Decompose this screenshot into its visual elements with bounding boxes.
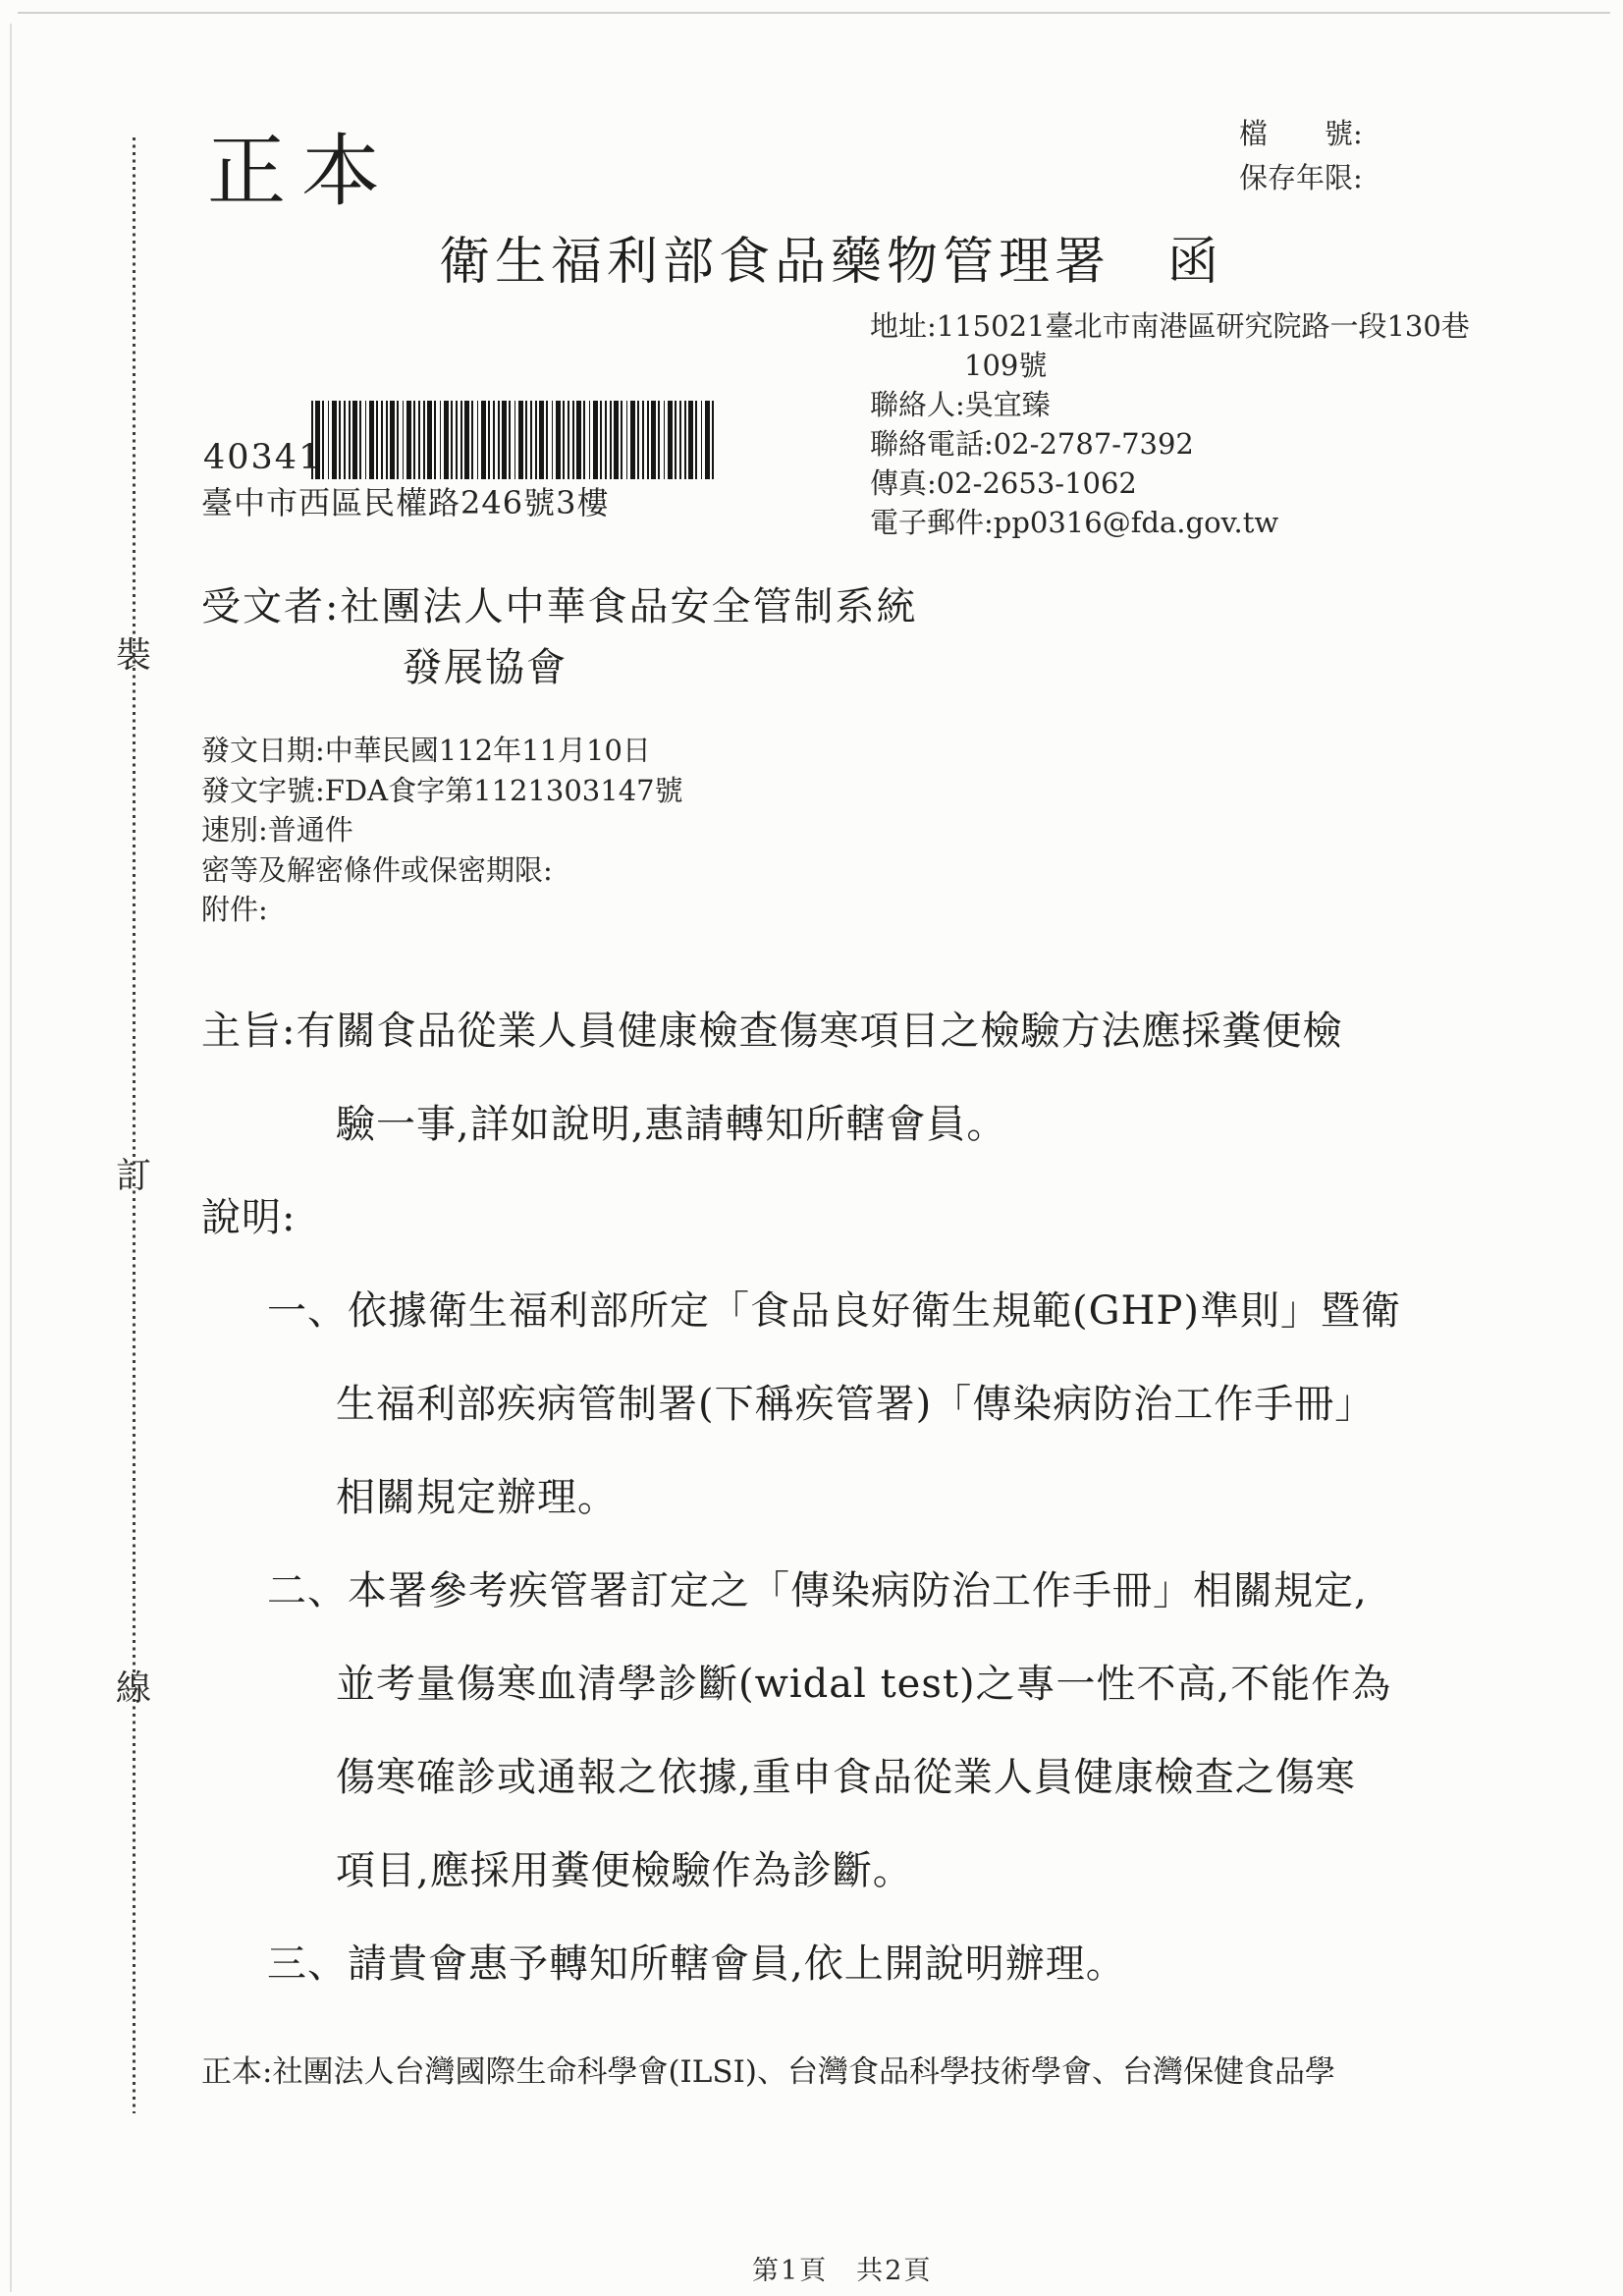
explanation-heading: 說明:: [201, 1186, 296, 1242]
document-type-label: 函: [1167, 233, 1223, 292]
binding-char-ding: 訂: [116, 1159, 151, 1194]
explanation-item1-line1: 一、依據衛生福利部所定「食品良好衛生規範(GHP)準則」暨衛: [267, 1280, 1401, 1336]
official-letter-page: 裝 訂 線 正本 檔 號: 保存年限: 衛生福利部食品藥物管理署函 地址:115…: [0, 0, 1623, 2296]
binding-dotted-line: [133, 137, 135, 2113]
binding-char-xian: 線: [116, 1671, 151, 1707]
subject-line1: 主旨:有關食品從業人員健康檢查傷寒項目之檢驗方法應採糞便檢: [201, 1000, 1342, 1056]
sender-contact-person: 聯絡人:吳宜臻: [870, 385, 1470, 424]
sender-address-line2: 109號: [870, 346, 1470, 385]
recipient-line1: 受文者:社團法人中華食品安全管制系統: [201, 575, 917, 631]
barcode: [311, 401, 716, 479]
distribution-original-copy-line: 正本:社團法人台灣國際生命科學會(ILSI)、台灣食品科學技術學會、台灣保健食品…: [201, 2047, 1335, 2091]
retention-period-label: 保存年限:: [1239, 156, 1363, 200]
explanation-item1-line3: 相關規定辦理。: [336, 1466, 618, 1522]
sender-email: 電子郵件:pp0316@fda.gov.tw: [870, 503, 1470, 542]
issuing-agency-name: 衛生福利部食品藥物管理署: [439, 233, 1110, 292]
issue-date: 發文日期:中華民國112年11月10日: [201, 731, 683, 771]
sender-contact-block: 地址:115021臺北市南港區研究院路一段130巷 109號 聯絡人:吳宜臻 聯…: [870, 306, 1470, 542]
sender-fax: 傳真:02-2653-1062: [870, 464, 1470, 503]
scan-edge-left: [10, 24, 12, 2292]
file-number-label: 檔 號:: [1239, 112, 1363, 156]
explanation-item1-line2: 生福利部疾病管制署(下稱疾管署)「傳染病防治工作手冊」: [336, 1373, 1375, 1429]
explanation-item2-line4: 項目,應採用糞便檢驗作為診斷。: [336, 1839, 913, 1895]
sender-address-line1: 地址:115021臺北市南港區研究院路一段130巷: [870, 306, 1470, 346]
attachment-label: 附件:: [201, 890, 683, 930]
binding-char-zhuang: 裝: [116, 638, 151, 674]
recipient-line2: 發展協會: [403, 636, 568, 692]
recipient-street-address: 臺中市西區民權路246號3樓: [201, 478, 609, 523]
scan-edge-top: [18, 12, 1610, 14]
explanation-item2-line2: 並考量傷寒血清學診斷(widal test)之專一性不高,不能作為: [336, 1653, 1391, 1709]
page-number-footer: 第1頁 共2頁: [752, 2249, 932, 2287]
document-title: 衛生福利部食品藥物管理署函: [439, 220, 1223, 294]
explanation-item3-line1: 三、請貴會惠予轉知所轄會員,依上開說明辦理。: [267, 1933, 1126, 1989]
document-number: 發文字號:FDA食字第1121303147號: [201, 771, 683, 811]
explanation-item2-line3: 傷寒確診或通報之依據,重申食品從業人員健康檢查之傷寒: [336, 1746, 1356, 1802]
recipient-postal-code: 40341: [203, 438, 322, 477]
file-number-block: 檔 號: 保存年限:: [1239, 112, 1363, 200]
security-class: 密等及解密條件或保密期限:: [201, 850, 683, 891]
sender-contact-phone: 聯絡電話:02-2787-7392: [870, 424, 1470, 464]
document-meta-block: 發文日期:中華民國112年11月10日 發文字號:FDA食字第112130314…: [201, 731, 683, 930]
speed-class: 速別:普通件: [201, 810, 683, 850]
copy-type-label: 正本: [207, 108, 396, 221]
explanation-item2-line1: 二、本署參考疾管署訂定之「傳染病防治工作手冊」相關規定,: [267, 1559, 1368, 1615]
subject-line2: 驗一事,詳如說明,惠請轉知所轄會員。: [336, 1093, 1006, 1149]
